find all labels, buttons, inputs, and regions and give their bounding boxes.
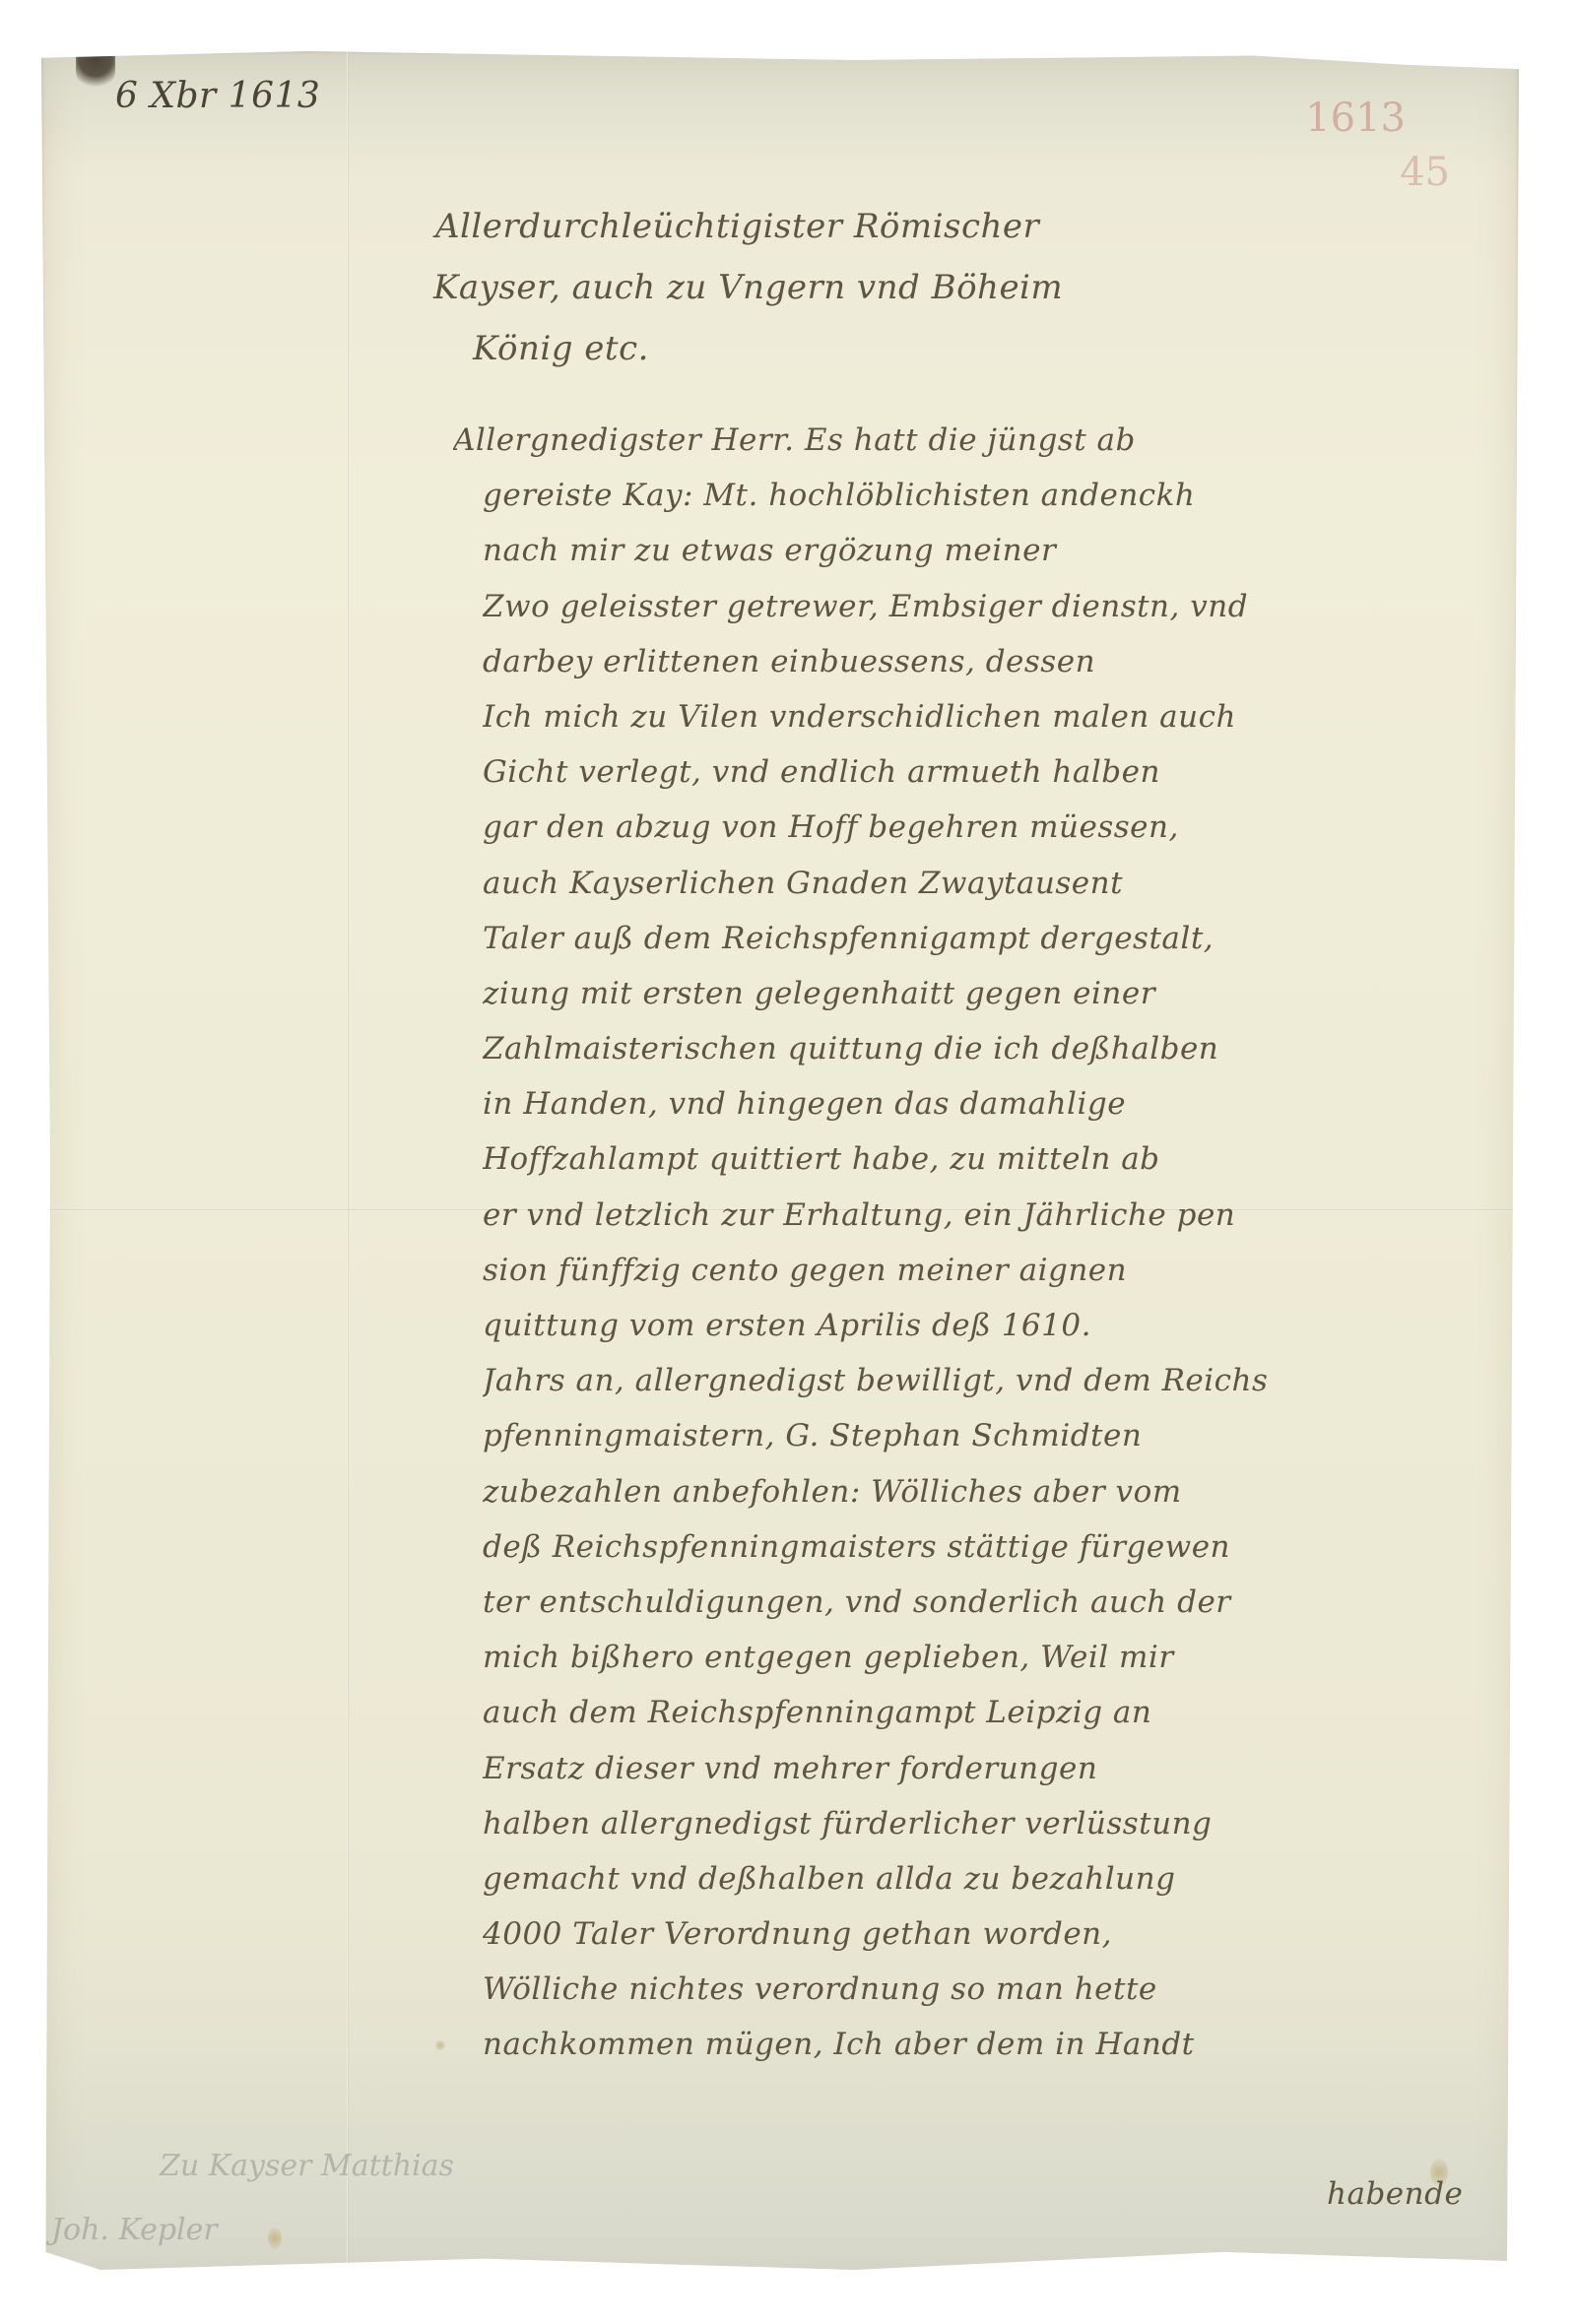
body-line: auch Kayserlichen Gnaden Zwaytausent bbox=[483, 856, 1507, 911]
body-line: Ich mich zu Vilen vnderschidlichen malen… bbox=[483, 689, 1507, 744]
body-line: Jahrs an, allergnedigst bewilligt, vnd d… bbox=[483, 1353, 1507, 1408]
closing-word: habende bbox=[1327, 2176, 1463, 2212]
body-line: in Handen, vnd hingegen das damahlige bbox=[483, 1076, 1507, 1131]
body-line: Taler auß dem Reichspfennigampt dergesta… bbox=[483, 911, 1507, 966]
archive-number-stamp: 1613 bbox=[1305, 96, 1406, 141]
ink-blot bbox=[76, 51, 115, 91]
manuscript-page: 6 Xbr 1613 1613 45 Allerdurchleüchtigist… bbox=[41, 51, 1519, 2279]
body-line: halben allergnedigst fürderlicher verlüs… bbox=[483, 1796, 1507, 1851]
salutation-line-1: Allerdurchleüchtigister Römischer bbox=[435, 207, 1470, 246]
body-line: Allergnedigster Herr. Es hatt die jüngst… bbox=[453, 413, 1507, 468]
body-line: quittung vom ersten Aprilis deß 1610. bbox=[483, 1298, 1507, 1353]
archive-sub-number: 45 bbox=[1400, 150, 1450, 195]
pencil-annotation: Zu Kayser Matthias bbox=[160, 2149, 454, 2183]
vertical-fold-line bbox=[347, 51, 349, 2279]
body-line: sion fünffzig cento gegen meiner aignen bbox=[483, 1243, 1507, 1298]
body-line: deß Reichspfenningmaisters stättige fürg… bbox=[483, 1519, 1507, 1575]
foxing-stain bbox=[435, 2040, 445, 2050]
body-line: Wölliche nichtes verordnung so man hette bbox=[483, 1962, 1507, 2017]
letter-body: Allergnedigster Herr. Es hatt die jüngst… bbox=[483, 413, 1507, 2073]
body-line: darbey erlittenen einbuessens, dessen bbox=[483, 634, 1507, 689]
body-line: Zwo geleisster getrewer, Embsiger dienst… bbox=[483, 579, 1507, 634]
body-line: nach mir zu etwas ergözung meiner bbox=[483, 523, 1507, 578]
body-line: er vnd letzlich zur Erhaltung, ein Jährl… bbox=[483, 1188, 1507, 1243]
body-line: pfenningmaistern, G. Stephan Schmidten bbox=[483, 1408, 1507, 1463]
body-line: gereiste Kay: Mt. hochlöblichisten anden… bbox=[483, 468, 1507, 523]
body-line: nachkommen mügen, Ich aber dem in Handt bbox=[483, 2017, 1507, 2072]
pencil-annotation: Joh. Kepler bbox=[51, 2213, 218, 2247]
body-line: gar den abzug von Hoff begehren müessen, bbox=[483, 800, 1507, 855]
body-line: zubezahlen anbefohlen: Wölliches aber vo… bbox=[483, 1464, 1507, 1519]
foxing-stain bbox=[268, 2227, 282, 2249]
salutation-line-3: König etc. bbox=[473, 329, 1507, 368]
salutation-line-2: Kayser, auch zu Vngern vnd Böheim bbox=[433, 268, 1468, 307]
date-annotation: 6 Xbr 1613 bbox=[115, 76, 320, 116]
body-line: auch dem Reichspfenningampt Leipzig an bbox=[483, 1685, 1507, 1740]
body-line: Gicht verlegt, vnd endlich armueth halbe… bbox=[483, 744, 1507, 800]
body-line: ziung mit ersten gelegenhaitt gegen eine… bbox=[483, 966, 1507, 1021]
body-line: gemacht vnd deßhalben allda zu bezahlung bbox=[483, 1851, 1507, 1906]
body-line: Zahlmaisterischen quittung die ich deßha… bbox=[483, 1021, 1507, 1076]
body-line: Ersatz dieser vnd mehrer forderungen bbox=[483, 1741, 1507, 1796]
body-line: mich bißhero entgegen geplieben, Weil mi… bbox=[483, 1630, 1507, 1685]
body-line: Hoffzahlampt quittiert habe, zu mitteln … bbox=[483, 1131, 1507, 1187]
body-line: 4000 Taler Verordnung gethan worden, bbox=[483, 1906, 1507, 1962]
body-line: ter entschuldigungen, vnd sonderlich auc… bbox=[483, 1575, 1507, 1630]
